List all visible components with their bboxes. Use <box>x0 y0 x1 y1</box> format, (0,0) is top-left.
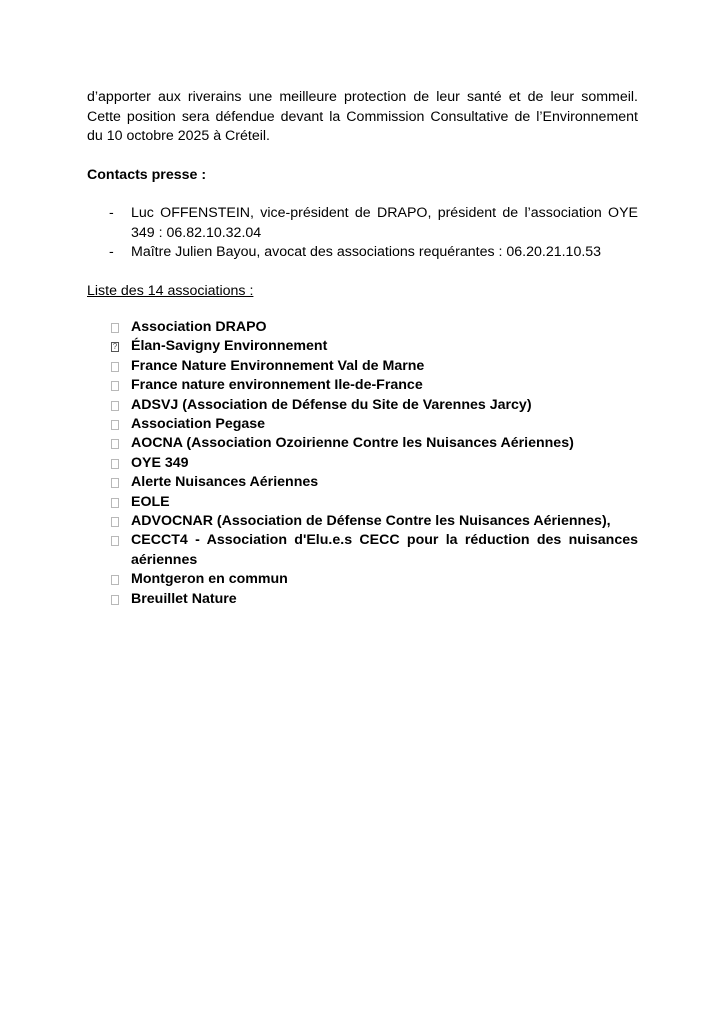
contact-text: Luc OFFENSTEIN, vice-président de DRAPO,… <box>131 205 638 241</box>
association-name: Alerte Nuisances Aériennes <box>131 474 318 490</box>
association-item: Breuillet Nature <box>87 590 638 609</box>
association-name: OYE 349 <box>131 455 189 471</box>
association-item: ADSVJ (Association de Défense du Site de… <box>87 396 638 415</box>
contact-item: - Maître Julien Bayou, avocat des associ… <box>87 243 638 263</box>
association-name: Breuillet Nature <box>131 591 237 607</box>
associations-list: Association DRAPO ? Élan-Savigny Environ… <box>87 318 638 609</box>
missing-glyph-box-icon <box>111 517 119 527</box>
missing-glyph-box-icon <box>111 381 119 391</box>
association-name: EOLE <box>131 494 170 510</box>
association-name: Association Pegase <box>131 416 265 432</box>
contacts-heading: Contacts presse : <box>87 166 638 186</box>
missing-glyph-box-icon <box>111 478 119 488</box>
association-name: ADVOCNAR (Association de Défense Contre … <box>131 513 611 529</box>
document-page: d’apporter aux riverains une meilleure p… <box>87 88 638 609</box>
association-name: France Nature Environnement Val de Marne <box>131 358 424 374</box>
missing-glyph-box-icon <box>111 362 119 372</box>
association-name: Montgeron en commun <box>131 571 288 587</box>
missing-glyph-box-icon <box>111 439 119 449</box>
association-item: Montgeron en commun <box>87 570 638 589</box>
association-item: EOLE <box>87 493 638 512</box>
association-item: Alerte Nuisances Aériennes <box>87 473 638 492</box>
association-item: AOCNA (Association Ozoirienne Contre les… <box>87 434 638 453</box>
dash-bullet-icon: - <box>109 204 114 224</box>
missing-glyph-box-icon <box>111 323 119 333</box>
intro-paragraph: d’apporter aux riverains une meilleure p… <box>87 88 638 147</box>
association-name: CECCT4 - Association d'Elu.e.s CECC pour… <box>131 532 638 567</box>
association-name: ADSVJ (Association de Défense du Site de… <box>131 397 532 413</box>
association-item: CECCT4 - Association d'Elu.e.s CECC pour… <box>87 531 638 570</box>
missing-glyph-box-icon <box>111 420 119 430</box>
association-name: AOCNA (Association Ozoirienne Contre les… <box>131 435 574 451</box>
association-item: France Nature Environnement Val de Marne <box>87 357 638 376</box>
missing-glyph-box-icon <box>111 498 119 508</box>
association-item: France nature environnement Ile-de-Franc… <box>87 376 638 395</box>
association-item: Association DRAPO <box>87 318 638 337</box>
missing-glyph-box-icon <box>111 575 119 585</box>
association-name: Élan-Savigny Environnement <box>131 338 327 354</box>
dash-bullet-icon: - <box>109 243 114 263</box>
association-item: ADVOCNAR (Association de Défense Contre … <box>87 512 638 531</box>
association-name: Association DRAPO <box>131 319 267 335</box>
contacts-list: - Luc OFFENSTEIN, vice-président de DRAP… <box>87 204 638 263</box>
associations-title: Liste des 14 associations : <box>87 282 638 302</box>
association-name: France nature environnement Ile-de-Franc… <box>131 377 423 393</box>
missing-glyph-box-icon <box>111 459 119 469</box>
missing-glyph-box-icon <box>111 536 119 546</box>
association-item: ? Élan-Savigny Environnement <box>87 337 638 356</box>
contact-text: Maître Julien Bayou, avocat des associat… <box>131 244 601 260</box>
missing-glyph-box-icon <box>111 401 119 411</box>
association-item: OYE 349 <box>87 454 638 473</box>
contact-item: - Luc OFFENSTEIN, vice-président de DRAP… <box>87 204 638 243</box>
association-item: Association Pegase <box>87 415 638 434</box>
missing-glyph-box-icon <box>111 595 119 605</box>
missing-glyph-question-icon: ? <box>111 342 119 352</box>
